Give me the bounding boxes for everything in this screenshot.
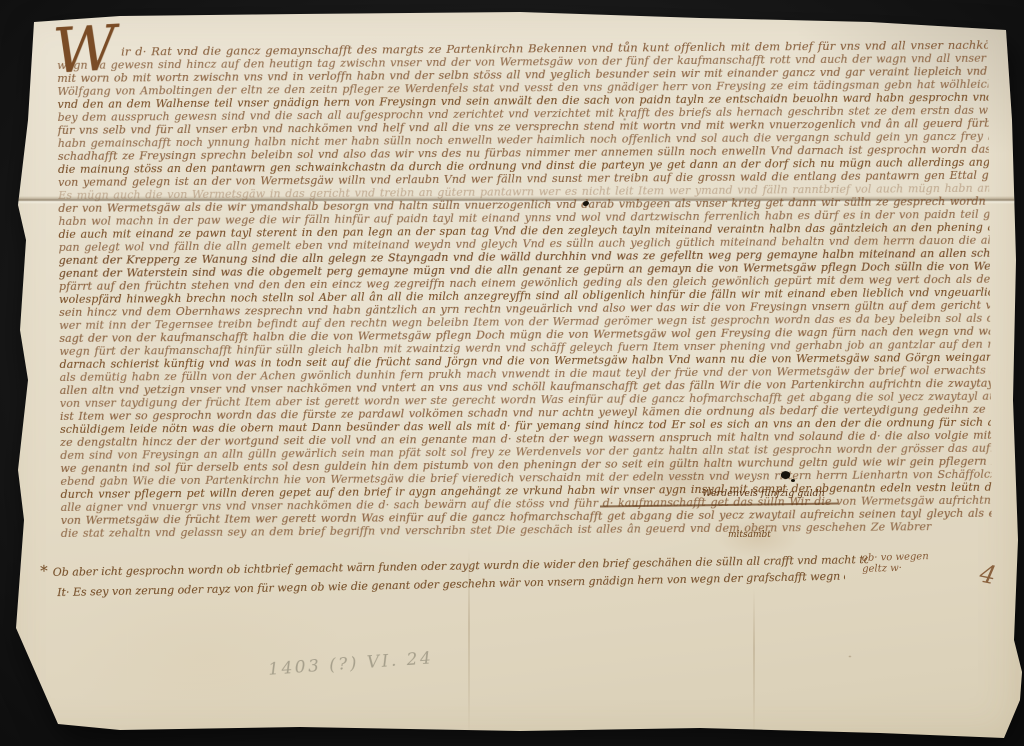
right-margin-note: ob· vo wegen geltz w· [862, 551, 929, 575]
margin-note-line-1: ob· vo wegen [862, 551, 929, 564]
interlinear-small-word: mitsambt [728, 530, 771, 540]
archival-pencil-note: 1403 (?) VI. 24 [268, 648, 434, 679]
manuscript-text-block: W ir d· Rat vnd die gancz gemaynschafft … [57, 39, 992, 540]
parchment-shadow-wrap: W ir d· Rat vnd die gancz gemaynschafft … [0, 0, 1024, 746]
parchment-sheet: W ir d· Rat vnd die gancz gemaynschafft … [0, 0, 1024, 746]
manuscript-lines: ir d· Rat vnd die gancz gemaynschafft de… [57, 39, 992, 540]
margin-note-line-2: geltz w· [862, 562, 929, 575]
photo-background: W ir d· Rat vnd die gancz gemaynschafft … [0, 0, 1024, 746]
asterisk-mark: * [40, 562, 48, 580]
interlinear-insertion: Werdenvels fünfzig guldn [702, 488, 825, 499]
vertical-crease [753, 588, 755, 738]
flourish-mark: 4 [977, 559, 999, 591]
ink-hole [791, 479, 795, 482]
